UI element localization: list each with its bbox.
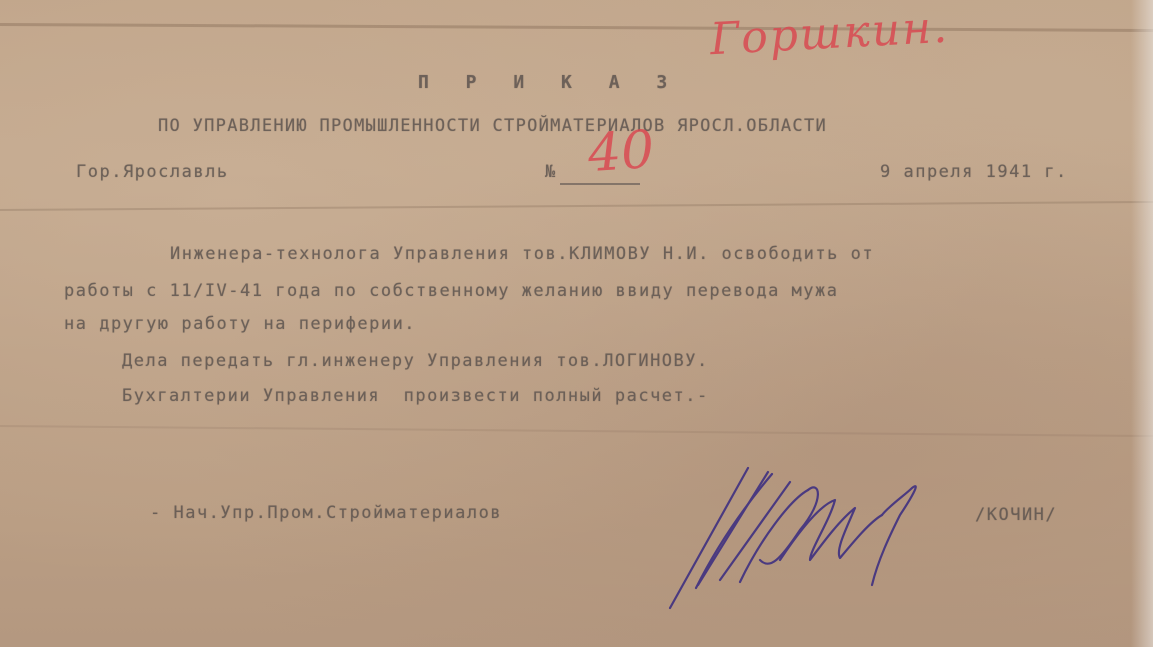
document-title: П Р И К А З	[418, 72, 680, 93]
order-number-handwritten: 40	[586, 120, 656, 184]
document-page: Горшкин. П Р И К А З ПО УПРАВЛЕНИЮ ПРОМЫ…	[0, 0, 1153, 647]
body-line-2: работы с 11/IV-41 года по собственному ж…	[64, 281, 839, 301]
body-line-5: Бухгалтерии Управления произвести полный…	[122, 386, 709, 406]
signer-position: - Нач.Упр.Пром.Стройматериалов	[150, 503, 502, 523]
order-number-label: №	[545, 162, 557, 182]
handwritten-signature	[660, 460, 930, 620]
city-line: Гор.Ярославль	[76, 162, 229, 182]
red-handwritten-annotation: Горшкин.	[709, 2, 950, 65]
department-heading: ПО УПРАВЛЕНИЮ ПРОМЫШЛЕННОСТИ СТРОЙМАТЕРИ…	[158, 116, 827, 136]
body-line-4: Дела передать гл.инженеру Управления тов…	[122, 351, 709, 371]
order-date: 9 апреля 1941 г.	[880, 162, 1068, 182]
paper-fold	[0, 23, 1153, 32]
body-line-3: на другую работу на периферии.	[64, 314, 416, 334]
torn-edge	[1131, 0, 1153, 647]
paper-fold	[0, 425, 1153, 437]
signer-name: /КОЧИН/	[975, 505, 1057, 525]
body-line-1: Инженера-технолога Управления тов.КЛИМОВ…	[170, 244, 874, 264]
paper-fold	[0, 201, 1153, 211]
